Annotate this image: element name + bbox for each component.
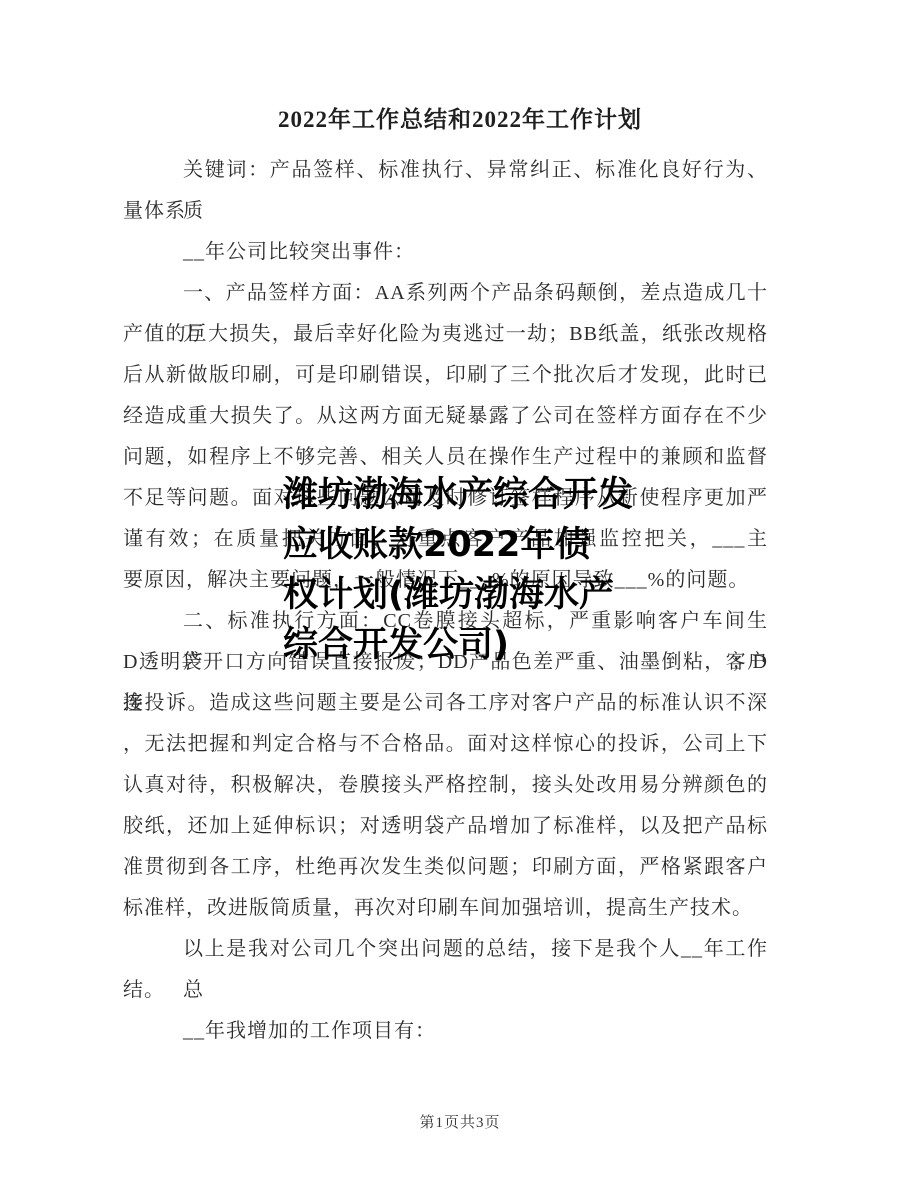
body-line: 经造成重大损失了。从这两方面无疑暴露了公司在签样方面存在不少: [123, 396, 768, 437]
body-line: 准贯彻到各工序，杜绝再次发生类似问题；印刷方面，严格紧跟客户: [123, 847, 768, 888]
body-line: 量体系: [123, 191, 768, 232]
watermark-title-line: 应收账款2022年债: [283, 520, 633, 570]
body-line: ，无法把握和判定合格与不合格品。面对这样惊心的投诉，公司上下: [123, 724, 768, 765]
body-line: 标准样，改进版筒质量，再次对印刷车间加强培训，提高生产技术。: [123, 888, 768, 929]
watermark-title-line: 综合开发公司): [283, 620, 633, 670]
document-title: 2022年工作总结和2022年工作计划: [0, 104, 920, 136]
body-line: 胶纸，还加上延伸标识；对透明袋产品增加了标准样，以及把产品标: [123, 806, 768, 847]
body-line: 产值的巨大损失，最后幸好化险为夷逃过一劫；BB纸盖，纸张改规格: [123, 314, 768, 355]
body-line: 连投诉。造成这些问题主要是公司各工序对客户产品的标准认识不深: [123, 683, 768, 724]
watermark-title-line: 权计划(潍坊渤海水产: [283, 570, 633, 620]
watermark-title-line: 潍坊渤海水产综合开发: [283, 470, 633, 520]
document-page: 2022年工作总结和2022年工作计划 关键词：产品签样、标准执行、异常纠正、标…: [0, 0, 920, 1191]
body-line: 后从新做版印刷，可是印刷错误，印刷了三个批次后才发现，此时已: [123, 355, 768, 396]
body-line: 以上是我对公司几个突出问题的总结，接下是我个人__年工作总: [123, 929, 768, 970]
body-line: 认真对待，积极解决，卷膜接头严格控制，接头处改用易分辨颜色的: [123, 765, 768, 806]
body-line: 一、产品签样方面：AA系列两个产品条码颠倒，差点造成几十万: [123, 273, 768, 314]
page-number: 第1页共3页: [0, 1111, 920, 1132]
body-line: __年我增加的工作项目有：: [123, 1011, 768, 1052]
watermark-title: 潍坊渤海水产综合开发 应收账款2022年债 权计划(潍坊渤海水产 综合开发公司): [283, 470, 633, 670]
body-line: 结。: [123, 970, 768, 1011]
body-line: 关键词：产品签样、标准执行、异常纠正、标准化良好行为、质: [123, 150, 768, 191]
body-line: __年公司比较突出事件：: [123, 232, 768, 273]
